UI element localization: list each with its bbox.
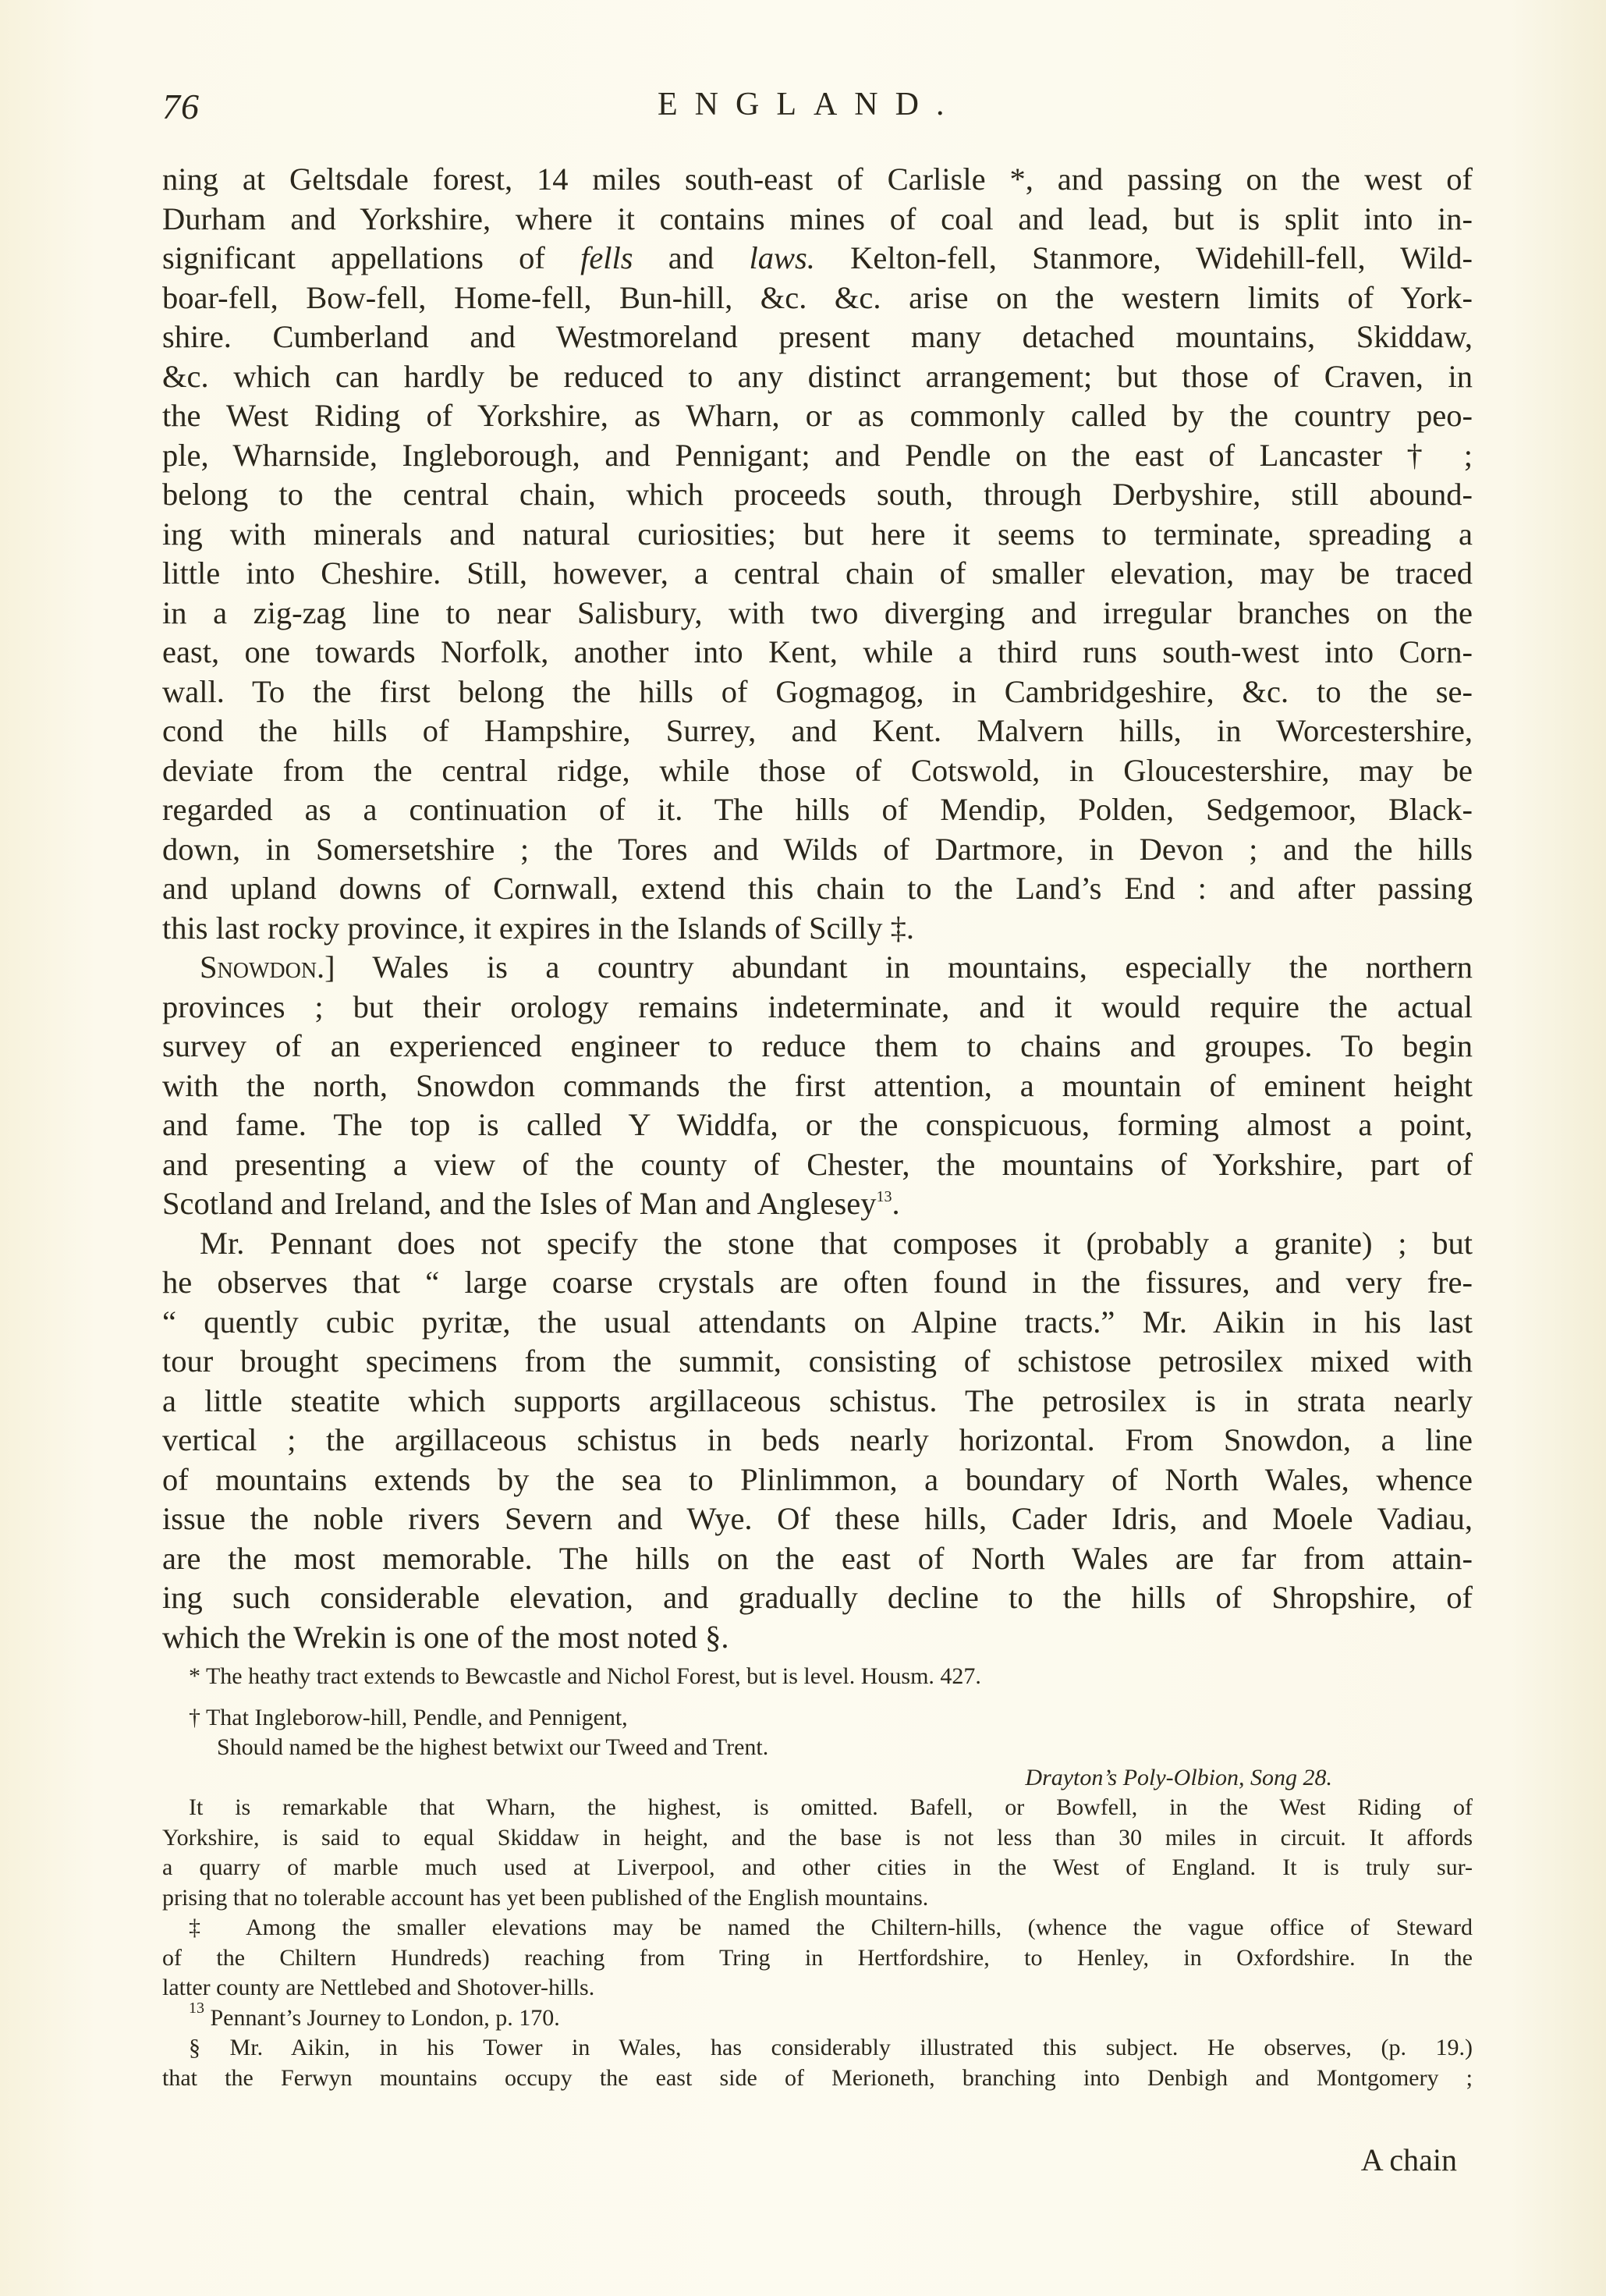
footnote-asterisk: * The heathy tract extends to Bewcastle … <box>162 1662 1473 1692</box>
text-line: and fame. The top is called Y Widdfa, or… <box>162 1105 1473 1145</box>
footnote-dagger-note: a quarry of marble much used at Liverpoo… <box>162 1853 1473 1883</box>
text-line: boar-fell, Bow-fell, Home-fell, Bun-hill… <box>162 279 1473 318</box>
footnote-section: that the Ferwyn mountains occupy the eas… <box>162 2064 1473 2094</box>
text-line: Snowdon.] Wales is a country abundant in… <box>162 948 1473 988</box>
running-head: 76 ENGLAND. <box>162 86 1473 133</box>
text-line: significant appellations of fells and la… <box>162 239 1473 279</box>
text-line: issue the noble rivers Severn and Wye. O… <box>162 1499 1473 1539</box>
text-line: ing with minerals and natural curiositie… <box>162 515 1473 555</box>
footnote-attribution: Drayton’s Poly-Olbion, Song 28. <box>162 1763 1473 1794</box>
footnote-double-dagger: of the Chiltern Hundreds) reaching from … <box>162 1943 1473 1974</box>
text-line: provinces ; but their orology remains in… <box>162 988 1473 1027</box>
text-line: the West Riding of Yorkshire, as Wharn, … <box>162 396 1473 436</box>
text-line: a little steatite which supports argilla… <box>162 1382 1473 1421</box>
text-line: of mountains extends by the sea to Plinl… <box>162 1460 1473 1500</box>
text-line: little into Cheshire. Still, however, a … <box>162 554 1473 594</box>
text-line: down, in Somersetshire ; the Tores and W… <box>162 830 1473 870</box>
text-line: which the Wrekin is one of the most note… <box>162 1618 1473 1658</box>
text-line: regarded as a continuation of it. The hi… <box>162 790 1473 830</box>
text-line: Scotland and Ireland, and the Isles of M… <box>162 1184 1473 1224</box>
text-line: Mr. Pennant does not specify the stone t… <box>162 1224 1473 1264</box>
text-line: survey of an experienced engineer to red… <box>162 1027 1473 1066</box>
footnote-ref-13: 13 <box>877 1188 892 1205</box>
text-line: and presenting a view of the county of C… <box>162 1145 1473 1185</box>
text-line: with the north, Snowdon commands the fir… <box>162 1066 1473 1106</box>
text-run: Kelton-fell, Stanmore, Widehill-fell, Wi… <box>815 240 1473 275</box>
text-run: Scotland and Ireland, and the Isles of M… <box>162 1186 877 1221</box>
text-line: tour brought specimens from the summit, … <box>162 1342 1473 1382</box>
text-run: Pennant’s Journey to London, p. 170. <box>204 2005 560 2031</box>
text-line: this last rocky province, it expires in … <box>162 909 1473 949</box>
footnote-dagger-verse: Should named be the highest betwixt our … <box>162 1733 1473 1763</box>
text-line: and upland downs of Cornwall, extend thi… <box>162 869 1473 909</box>
text-run: significant appellations of <box>162 240 580 275</box>
text-line: in a zig-zag line to near Salisbury, wit… <box>162 594 1473 633</box>
text-line: east, one towards Norfolk, another into … <box>162 633 1473 672</box>
text-line: cond the hills of Hampshire, Surrey, and… <box>162 712 1473 751</box>
text-line: Durham and Yorkshire, where it contains … <box>162 200 1473 240</box>
text-line: ning at Geltsdale forest, 14 miles south… <box>162 160 1473 200</box>
footnote-dagger-note: prising that no tolerable account has ye… <box>162 1883 1473 1914</box>
text-line: &c. which can hardly be reduced to any d… <box>162 357 1473 397</box>
footnote-section: § Mr. Aikin, in his Tower in Wales, has … <box>162 2033 1473 2064</box>
side-heading-snowdon: Snowdon.] <box>200 949 335 985</box>
running-title: ENGLAND. <box>658 86 961 123</box>
footnote-double-dagger: ‡ Among the smaller elevations may be na… <box>162 1913 1473 1943</box>
text-line: he observes that “ large coarse crystals… <box>162 1263 1473 1303</box>
italic-term: laws. <box>749 240 814 275</box>
text-run: and <box>633 240 750 275</box>
footnote-dagger-note: Yorkshire, is said to equal Skiddaw in h… <box>162 1823 1473 1854</box>
italic-term: fells <box>580 240 633 275</box>
text-line: “ quently cubic pyritæ, the usual attend… <box>162 1303 1473 1343</box>
footnotes: * The heathy tract extends to Bewcastle … <box>162 1662 1473 2093</box>
page-number: 76 <box>162 86 200 127</box>
footnote-dagger-note: It is remarkable that Wharn, the highest… <box>162 1793 1473 1823</box>
text-line: shire. Cumberland and Westmoreland prese… <box>162 318 1473 357</box>
text-line: vertical ; the argillaceous schistus in … <box>162 1421 1473 1460</box>
text-run: . <box>892 1186 900 1221</box>
footnote-marker-13: 13 <box>189 2000 204 2017</box>
text-line: deviate from the central ridge, while th… <box>162 751 1473 791</box>
text-line: belong to the central chain, which proce… <box>162 475 1473 515</box>
text-line: ing such considerable elevation, and gra… <box>162 1578 1473 1618</box>
catchword: A chain <box>1361 2142 1457 2178</box>
text-run: Wales is a country abundant in mountains… <box>335 949 1473 985</box>
footnote-13: 13 Pennant’s Journey to London, p. 170. <box>162 2003 1473 2034</box>
text-line: ple, Wharnside, Ingleborough, and Pennig… <box>162 436 1473 476</box>
text-line: are the most memorable. The hills on the… <box>162 1539 1473 1579</box>
main-text: ning at Geltsdale forest, 14 miles south… <box>162 160 1473 1657</box>
text-line: wall. To the first belong the hills of G… <box>162 672 1473 712</box>
footnote-dagger-verse: † That Ingleborow-hill, Pendle, and Penn… <box>162 1703 1473 1734</box>
footnote-double-dagger: latter county are Nettlebed and Shotover… <box>162 1973 1473 2003</box>
